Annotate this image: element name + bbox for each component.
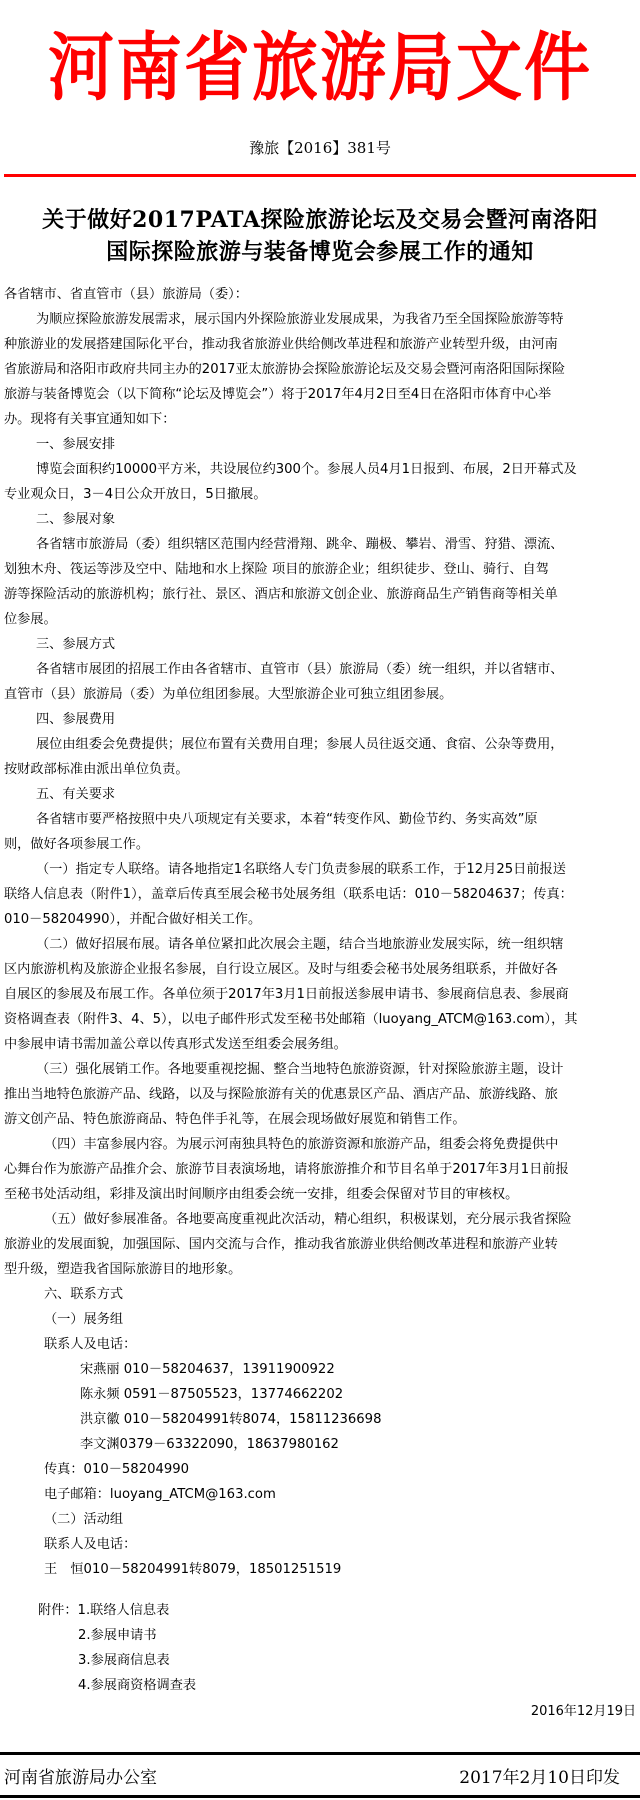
document-number: 豫旅【2016】381号 [0,138,640,158]
contact-entry: 宋燕丽 010－58204637，13911900922 [4,1357,636,1382]
title-line-1: 关于做好2017PATA探险旅游论坛及交易会暨河南洛阳 [0,204,640,236]
paragraph-line: 位参展。 [4,607,636,632]
contact-entry: 洪京徽 010－58204991转8074，15811236698 [4,1407,636,1432]
requirement-4: （四）丰富参展内容。为展示河南独具特色的旅游资源和旅游产品，组委会将免费提供中 [4,1132,636,1157]
paragraph-line: 种旅游业的发展搭建国际化平台，推动我省旅游业供给侧改革进程和旅游产业转型升级，由… [4,332,636,357]
paragraph-line: 划独木舟、筏运等涉及空中、陆地和水上探险 项目的旅游企业；组织徒步、登山、骑行、… [4,557,636,582]
paragraph-line: 博览会面积约10000平方米，共设展位约300个。参展人员4月1日报到、布展，2… [4,457,636,482]
footer-rule-top [0,1752,640,1755]
paragraph-line: 直管市（县）旅游局（委）为单位组团参展。大型旅游企业可独立组团参展。 [4,682,636,707]
paragraph-line: 自展区的参展及布展工作。各单位须于2017年3月1日前报送参展申请书、参展商信息… [4,982,636,1007]
paragraph-line: 旅游业的发展面貌，加强国际、国内交流与合作，推动我省旅游业供给侧改革进程和旅游产… [4,1232,636,1257]
attachment-item: 附件：1.联络人信息表 [4,1598,636,1623]
requirement-2: （二）做好招展布展。请各单位紧扣此次展会主题，结合当地旅游业发展实际，统一组织辖 [4,932,636,957]
paragraph-line: 展位由组委会免费提供；展位布置有关费用自理；参展人员往返交通、食宿、公杂等费用， [4,732,636,757]
section-heading: 四、参展费用 [4,707,636,732]
paragraph-line: 心舞台作为旅游产品推介会、旅游节目表演场地，请将旅游推介和节目名单于2017年3… [4,1157,636,1182]
document-body: 各省辖市、省直管市（县）旅游局（委）： 为顺应探险旅游发展需求，展示国内外探险旅… [4,282,636,1698]
contact-label: 联系人及电话： [4,1532,636,1557]
requirement-1: （一）指定专人联络。请各地指定1名联络人专门负责参展的联系工作，于12月25日前… [4,857,636,882]
email-address[interactable]: 电子邮箱：luoyang_ATCM@163.com [4,1482,636,1507]
attachment-item: 4.参展商资格调查表 [4,1673,636,1698]
paragraph-line: 专业观众日，3－4日公众开放日，5日撤展。 [4,482,636,507]
section-heading: 六、联系方式 [4,1282,636,1307]
paragraph-line: 游文创产品、特色旅游商品、特色伴手礼等，在展会现场做好展览和销售工作。 [4,1107,636,1132]
paragraph-line: 推出当地特色旅游产品、线路，以及与探险旅游有关的优惠景区产品、酒店产品、旅游线路… [4,1082,636,1107]
title-line-2: 国际探险旅游与装备博览会参展工作的通知 [0,236,640,268]
paragraph-line: 区内旅游机构及旅游企业报名参展，自行设立展区。及时与组委会秘书处展务组联系，并做… [4,957,636,982]
attachment-item: 2.参展申请书 [4,1623,636,1648]
contact-entry: 李文渊0379－63322090，18637980162 [4,1432,636,1457]
contact-entry: 陈永频 0591－87505523，13774662202 [4,1382,636,1407]
requirement-3: （三）强化展销工作。各地要重视挖掘、整合当地特色旅游资源，针对探险旅游主题，设计 [4,1057,636,1082]
paragraph-line: 资格调查表（附件3、4、5），以电子邮件形式发至秘书处邮箱（luoyang_AT… [4,1007,636,1032]
masthead-title: 河南省旅游局文件 [0,17,640,118]
paragraph-line: 为顺应探险旅游发展需求，展示国内外探险旅游业发展成果，为我省乃至全国探险旅游等特 [4,307,636,332]
spacer [4,1582,636,1598]
group-heading: （一）展务组 [4,1307,636,1332]
paragraph-line: 至秘书处活动组，彩排及演出时间顺序由组委会统一安排，组委会保留对节目的审核权。 [4,1182,636,1207]
paragraph-line: 联络人信息表（附件1），盖章后传真至展会秘书处展务组（联系电话：010－5820… [4,882,636,907]
paragraph-line: 各省辖市要严格按照中央八项规定有关要求，本着“转变作风、勤俭节约、务实高效”原 [4,807,636,832]
paragraph-line: 型升级，塑造我省国际旅游目的地形象。 [4,1257,636,1282]
paragraph-line: 各省辖市旅游局（委）组织辖区范围内经营滑翔、跳伞、蹦极、攀岩、滑雪、狩猎、漂流、 [4,532,636,557]
paragraph-line: 中参展申请书需加盖公章以传真形式发送至组委会展务组。 [4,1032,636,1057]
contact-entry: 王 恒010－58204991转8079，18501251519 [4,1557,636,1582]
section-heading: 五、有关要求 [4,782,636,807]
paragraph-line: 按财政部标准由派出单位负责。 [4,757,636,782]
paragraph-line: 旅游与装备博览会（以下简称“论坛及博览会”）将于2017年4月2日至4日在洛阳市… [4,382,636,407]
paragraph-line: 办。现将有关事宜通知如下： [4,407,636,432]
issuing-office: 河南省旅游局办公室 [4,1763,157,1788]
section-heading: 一、参展安排 [4,432,636,457]
group-heading: （二）活动组 [4,1507,636,1532]
footer-rule-bottom [0,1795,640,1798]
section-heading: 二、参展对象 [4,507,636,532]
paragraph-line: 则，做好各项参展工作。 [4,832,636,857]
attachment-item: 3.参展商信息表 [4,1648,636,1673]
contact-label: 联系人及电话： [4,1332,636,1357]
document-title: 关于做好2017PATA探险旅游论坛及交易会暨河南洛阳 国际探险旅游与装备博览会… [0,204,640,268]
section-heading: 三、参展方式 [4,632,636,657]
paragraph-line: 游等探险活动的旅游机构；旅行社、景区、酒店和旅游文创企业、旅游商品生产销售商等相… [4,582,636,607]
issue-date: 2017年2月10日印发 [459,1763,620,1788]
red-divider [4,174,636,177]
paragraph-line: 010－58204990），并配合做好相关工作。 [4,907,636,932]
paragraph-line: 各省辖市展团的招展工作由各省辖市、直管市（县）旅游局（委）统一组织，并以省辖市、 [4,657,636,682]
fax-number: 传真：010－58204990 [4,1457,636,1482]
paragraph-line: 省旅游局和洛阳市政府共同主办的2017亚太旅游协会探险旅游论坛及交易会暨河南洛阳… [4,357,636,382]
requirement-5: （五）做好参展准备。各地要高度重视此次活动，精心组织，积极谋划，充分展示我省探险 [4,1207,636,1232]
signature-date: 2016年12月19日 [531,1700,636,1719]
salutation: 各省辖市、省直管市（县）旅游局（委）： [4,282,636,307]
